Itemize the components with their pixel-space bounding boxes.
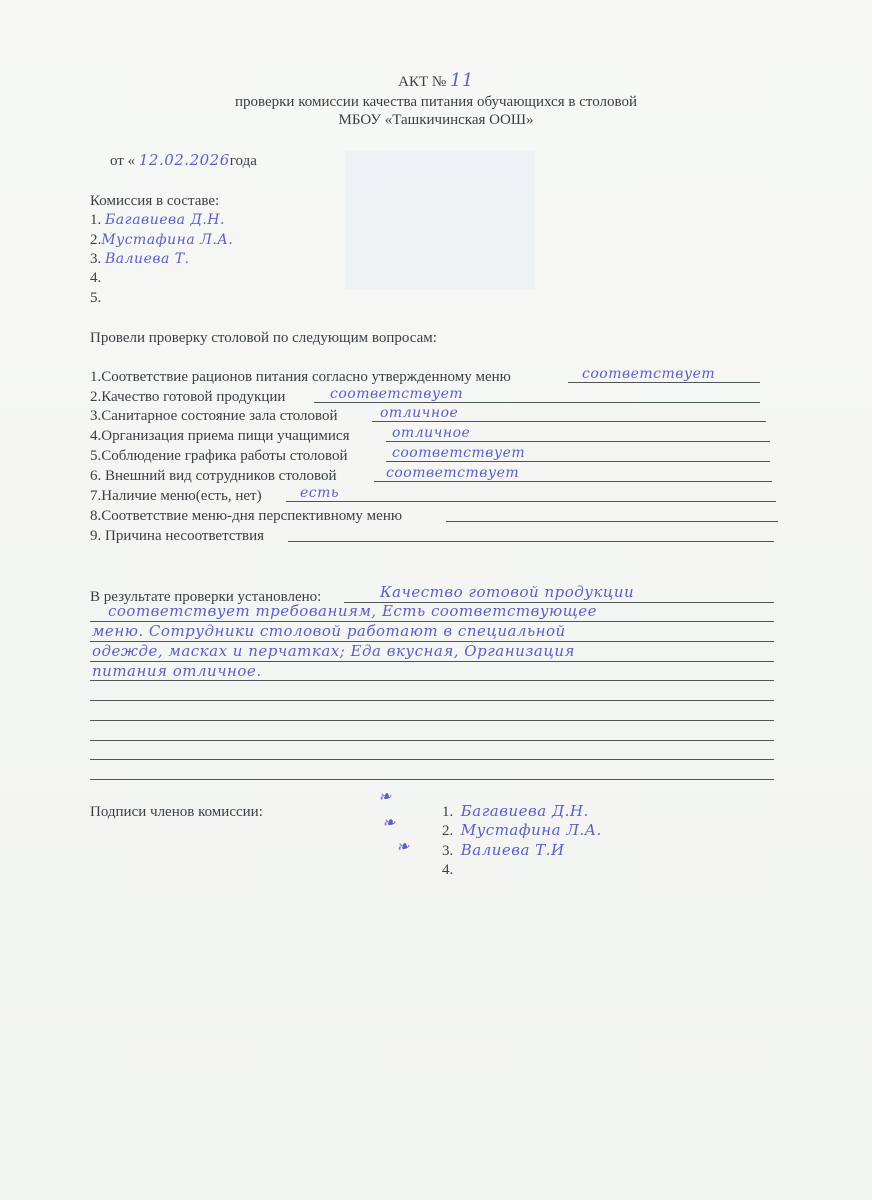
commission-member: 3. Валиева Т. bbox=[90, 250, 190, 268]
question-7-answer: есть bbox=[300, 485, 339, 501]
signature-member: 4. bbox=[442, 861, 453, 879]
commission-member: 1. Багавиева Д.Н. bbox=[90, 211, 225, 229]
result-text-line: одежде, масках и перчатках; Еда вкусная,… bbox=[92, 643, 575, 659]
signature-member: 1. Багавиева Д.Н. bbox=[442, 803, 589, 821]
result-line bbox=[90, 700, 774, 701]
signature-member: 3. Валиева Т.И bbox=[442, 842, 565, 860]
act-label: АКТ № bbox=[398, 74, 446, 90]
question-2-label: 2.Качество готовой продукции bbox=[90, 388, 285, 406]
answer-line bbox=[372, 421, 766, 422]
question-7-label: 7.Наличие меню(есть, нет) bbox=[90, 487, 262, 505]
question-5-answer: соответствует bbox=[392, 445, 525, 461]
answer-line bbox=[446, 521, 778, 522]
scan-shadow bbox=[345, 150, 535, 290]
result-line bbox=[90, 740, 774, 741]
scanned-document-page: АКТ № 11 проверки комиссии качества пита… bbox=[0, 0, 872, 1200]
question-1-answer: соответствует bbox=[582, 366, 715, 382]
commission-member: 4. bbox=[90, 269, 101, 287]
result-text-line: Качество готовой продукции bbox=[380, 584, 634, 600]
question-1-label: 1.Соответствие рационов питания согласно… bbox=[90, 368, 511, 386]
act-subtitle: проверки комиссии качества питания обуча… bbox=[0, 93, 872, 111]
result-text-line: меню. Сотрудники столовой работают в спе… bbox=[92, 623, 566, 639]
school-name: МБОУ «Ташкичинская ООШ» bbox=[0, 111, 872, 129]
result-line bbox=[90, 720, 774, 721]
question-4-label: 4.Организация приема пищи учащимися bbox=[90, 427, 349, 445]
date-suffix: года bbox=[230, 153, 257, 169]
question-6-label: 6. Внешний вид сотрудников столовой bbox=[90, 467, 336, 485]
date-value: 12.02.2026 bbox=[139, 151, 230, 169]
date-line: от « 12.02.2026года bbox=[110, 152, 257, 170]
question-5-label: 5.Соблюдение графика работы столовой bbox=[90, 447, 348, 465]
act-number: 11 bbox=[450, 70, 474, 91]
result-text-line: питания отличное. bbox=[92, 663, 262, 679]
answer-line bbox=[314, 402, 760, 403]
answer-line bbox=[386, 461, 770, 462]
question-6-answer: соответствует bbox=[386, 465, 519, 481]
question-8-label: 8.Соответствие меню-дня перспективному м… bbox=[90, 507, 402, 525]
question-3-answer: отличное bbox=[380, 405, 458, 421]
signature-scribble: ❧ bbox=[377, 787, 393, 807]
act-title: АКТ № 11 bbox=[0, 73, 872, 91]
result-line bbox=[90, 759, 774, 760]
inspection-title: Провели проверку столовой по следующим в… bbox=[90, 329, 437, 347]
signature-scribble: ❧ bbox=[395, 837, 411, 857]
question-2-answer: соответствует bbox=[330, 386, 463, 402]
signature-member: 2. Мустафина Л.А. bbox=[442, 822, 602, 840]
date-prefix: от « bbox=[110, 153, 135, 169]
result-line bbox=[90, 680, 774, 681]
question-4-answer: отличное bbox=[392, 425, 470, 441]
question-9-label: 9. Причина несоответствия bbox=[90, 527, 264, 545]
question-3-label: 3.Санитарное состояние зала столовой bbox=[90, 407, 338, 425]
answer-line bbox=[374, 481, 772, 482]
answer-line bbox=[286, 501, 776, 502]
answer-line bbox=[386, 441, 770, 442]
signature-scribble: ❧ bbox=[381, 813, 396, 832]
result-text-line: соответствует требованиям, Есть соответс… bbox=[108, 603, 597, 619]
result-line bbox=[90, 779, 774, 780]
answer-line bbox=[568, 382, 760, 383]
signatures-label: Подписи членов комиссии: bbox=[90, 803, 263, 821]
commission-member: 2.Мустафина Л.А. bbox=[90, 231, 233, 249]
commission-member: 5. bbox=[90, 289, 101, 307]
commission-title: Комиссия в составе: bbox=[90, 192, 219, 210]
answer-line bbox=[288, 541, 774, 542]
